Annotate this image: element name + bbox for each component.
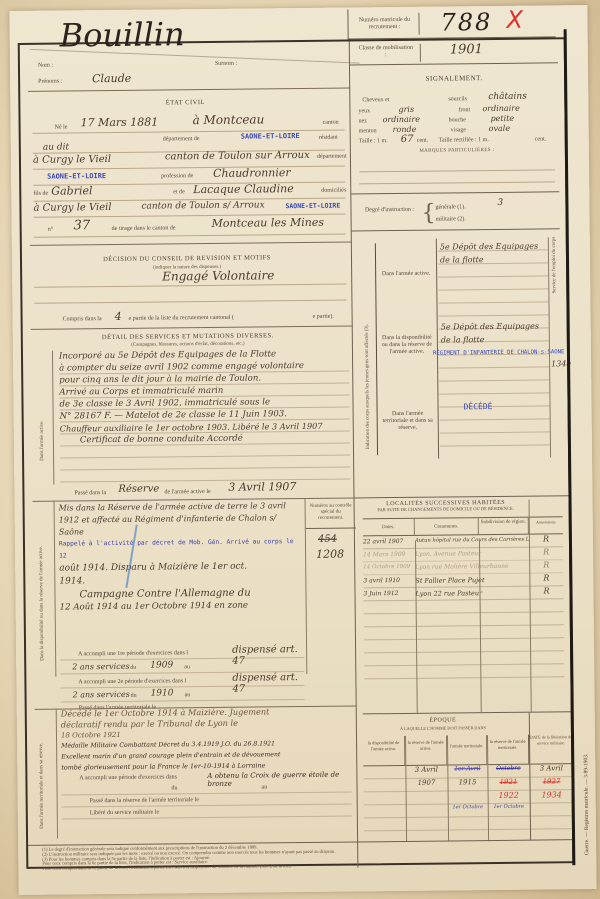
residing-department-label: département [317,154,347,160]
register-frame: Bouillin Nom : Surnom : Prénoms : Claude… [18,37,575,869]
epoque-cell: 1922 [488,791,530,803]
epoque-body: 3 Avril 1er Avril Octobre 3 Avril 1907 1… [363,764,574,831]
exercise1-to: au [184,664,190,670]
born-date: 17 Mars 1881 [80,115,158,129]
military-register-sheet: Numéro matricule du recrutement : 788 X … [9,5,596,895]
epoque-header: DATE de la libération du service militai… [529,734,573,763]
passed-suffix: de l'armée active le [164,489,210,495]
chin-value: ronde [393,125,417,134]
height-label: Taille : 1 m. [359,138,388,144]
matricule-special-header: Numéros au contrôle spécial du recruteme… [308,503,354,521]
corps-dispo-value: 5e Dépôt des Equipages de la flotte [441,319,549,346]
residing: au dit [43,142,69,152]
epoque-cell: 1er Octobre [488,804,530,816]
header-region: Subdivision de région. [479,518,529,535]
header-dates: Dates. [363,519,415,536]
instruction-general-value: 3 [497,198,503,208]
signalement-title: SIGNALEMENT. [350,73,558,83]
height-unit: cent. [417,138,429,144]
divider [33,166,345,170]
instruction-military-label: militaire (2). [436,216,466,222]
profession: Chaudronnier [213,166,291,180]
residing-canton: canton de Toulon sur Arroux [165,150,310,163]
epoque-cell: 3 Avril [405,766,447,778]
chin-label: menton [359,128,377,134]
hair-label: Cheveux et [362,97,389,103]
active-side: Dans l'armée active. [31,351,54,485]
matricule-red-mark: X [506,6,523,34]
corps-active-value: 5e Dépôt des Equipages de la flotte [440,239,548,266]
domicile-department-stamp: SAONE-ET-LOIRE [285,202,340,211]
height-value: 67 [401,134,414,145]
territorial-side-label: Dans l'armée territoriale et dans sa rés… [39,719,46,829]
exercise2-to: au [185,692,191,698]
reserve-side: Dans la disponibilité ou dans la réserve… [33,501,57,677]
mouth-label: bouche [449,117,466,123]
brace: { [421,201,435,226]
born-place: à Montceau [192,112,264,127]
department-stamp: SAONE-ET-LOIRE [241,132,300,141]
localite-date: 14 Mars 1909 [363,549,415,562]
list-number-label: n° [48,227,53,233]
exercise2-year: 1910 [150,688,173,698]
forehead-label: front [458,107,470,113]
signalement-section: Cheveux et sourcils châtains yeux gris f… [358,91,555,154]
reserve-stamp-line: Rappelé à l'activité par décret de Mob. … [59,536,299,563]
epoque-cell: 1915 [447,778,487,790]
matricule-label: Numéro matricule du recrutement : [354,17,414,32]
compris-value: 4 [115,310,122,323]
liberated-label: Libéré du service militaire le [90,810,159,817]
localite-commune: Lyon rue Molière Villeurbanne [415,561,529,574]
left-column: Nom : Surnom : Prénoms : Claude ÉTAT CIV… [20,41,359,870]
epoque-cell: 1927 [529,777,573,789]
matricule-special-old: 454 [318,534,337,545]
reserve-text: Mis dans la Réserve de l'armée active de… [59,500,300,615]
localite-row: 14 Octobre 1909 Lyon rue Molière Villeur… [363,560,563,575]
tirage-label: de tirage dans le canton de [112,225,176,232]
instruction-label: Degré d'instruction : [361,207,417,215]
localite-mark: R [529,534,563,546]
domicile-place: à Curgy le Vieil [33,202,111,214]
localite-commune: Lyon 22 rue Pasteur [415,587,529,600]
matricule-box: Numéro matricule du recrutement : 788 X [347,7,555,39]
matricule-number: 788 [440,8,492,37]
epoque-cell: 1907 [405,779,447,791]
divider [31,325,353,329]
localites-rows: 22 avril 1907 Autun hôpital rue du Cours… [363,534,564,679]
epoque-cell: 1934 [530,790,574,802]
localite-mark: R [529,586,563,598]
eyes-label: yeux [358,108,370,114]
header-annotations: Annotations [529,517,563,533]
exercise1-year: 1909 [150,660,173,670]
corps-side-label: Indication des corps auxquels les jeunes… [365,324,371,449]
localites-section: LOCALITÉS SUCCESSIVES HABITÉES PAR SUITE… [363,499,565,679]
passed-label: Passé dans la [74,490,106,496]
father-label: fils de [33,191,48,197]
corps-active-label: Dans l'armée active. [380,271,432,279]
territorial-reserve-label: Passé dans la réserve de l'armée territo… [90,797,199,804]
localite-date: 3 Juin 1912 [363,588,415,601]
nose-label: nez [359,118,367,124]
domicile-canton: canton de Toulon s/ Arroux [141,200,264,211]
localite-mark: R [529,560,563,572]
localite-mark: R [529,547,563,559]
divider [418,13,419,35]
epoque-cell: 3 Avril [529,764,573,776]
localites-header-row: Dates. Communes. Subdivision de région. … [363,516,563,536]
epoque-subtitle: À LAQUELLE L'HOMME DOIT PASSER DANS [363,725,523,732]
face-label: visage [451,127,466,133]
epoque-title: ÉPOQUE [363,717,523,725]
epoque-header: la disponibilité de l'armée active. [363,736,405,765]
territorial-side: Dans l'armée territoriale et dans sa rés… [35,709,58,839]
divider [354,495,570,498]
exercise1-label: A accompli une 1re période d'exercices d… [78,650,188,657]
compris-end: e partie). [313,314,334,320]
matricule-special-new: 1208 [316,548,344,561]
mother: Lacaque Claudine [193,182,294,196]
divider [306,527,356,529]
decision-title: DÉCISION DU CONSEIL DE REVISION ET MOTIF… [22,253,352,263]
exercise2-label: A accompli une 2e période d'exercices da… [78,678,186,685]
corps-territorial-label: Dans l'armée territoriale et dans sa rés… [382,411,434,433]
list-number: 37 [74,218,91,233]
reserve-line: 12 Août 1914 au 1er Octobre 1914 en zone [60,599,300,615]
localite-commune: Lyon, Avenue Pasteur [415,548,529,561]
divider [28,87,350,91]
canton-label: canton [323,120,339,126]
forehead-value: ordinaire [482,104,519,113]
reserve-side-label: Dans la disponibilité ou dans la réserve… [39,511,47,661]
class-year: 1901 [450,42,483,57]
eyes-value: gris [398,105,414,114]
residing-department-stamp: SAONE-ET-LOIRE [47,172,106,181]
divider [420,44,421,62]
matricule-special-column: Numéros au contrôle spécial du recruteme… [305,497,357,674]
epoque-header: la réserve de l'armée territoriale. [487,735,529,764]
epoque-cell: 1er Avril [447,765,487,777]
height-rect-label: Taille rectifiée : 1 m. [439,137,489,144]
deceased-stamp: DÉCÉDÉ [464,402,493,411]
corps-dispo-label: Dans la disponibilité ou dans la réserve… [381,335,433,357]
passed-date: 3 Avril 1907 [228,480,296,494]
divider [359,169,555,172]
localite-date: 3 avril 1910 [363,575,415,588]
height-rect-unit: cent. [535,136,547,142]
compris-suffix: e partie de la liste du recrutement cant… [129,315,234,322]
exercise1-from: du [130,665,136,671]
department-label: département de [163,136,200,142]
class-box: Classe de mobilisation : 1901 [350,39,558,65]
first-name-label: Prénoms : [38,79,62,85]
exercise-section: A accompli une 1re période d'exercices d… [60,644,305,715]
exercise2-line2: 2 ans services [73,690,130,700]
epoque-cell: 1921 [487,778,529,790]
localite-commune: St Fallier Place Pujet [415,574,529,587]
corps-section: Indication des corps auxquels les jeunes… [352,229,562,467]
divider [34,284,346,288]
active-side-label: Dans l'armée active. [40,420,45,461]
epoque-cell: Octobre [487,765,529,777]
domicile-label: domiciliés [321,188,346,194]
hair-value: châtains [488,92,527,102]
printer-mark: Guerre. — Registres matricule. — 3-89-19… [583,754,590,855]
localite-date: 14 Octobre 1909 [363,562,415,575]
reserve-line: 1912 et affecté au Régiment d'infanterie… [59,512,299,539]
face-value: ovale [489,124,510,133]
residing-place: à Curgy le Vieil [33,154,111,166]
divider [359,181,555,184]
divider [34,300,346,304]
localite-commune: Autun hôpital rue du Cours des Carrières… [415,535,529,548]
mouth-value: petite [490,114,514,123]
compris-label: Compris dans la [63,316,102,322]
divider [34,234,346,238]
epoque-cell: 1er Octobre [448,804,488,816]
etat-civil-title: ÉTAT CIVIL [20,97,350,107]
territorial-exercise-to: au [262,784,268,790]
corps-side: Indication des corps auxquels les jeunes… [358,243,378,455]
exercise1-line2: 2 ans services [72,662,129,672]
residing-label: résidant [319,135,338,141]
father: Gabriel [51,184,92,197]
passed-value: Réserve [118,484,159,495]
instruction-general-label: générale (1). [435,204,465,210]
etat-civil-section: Né le 17 Mars 1881 à Montceau canton dép… [32,110,344,113]
surname-label: Nom : [38,63,53,69]
territorial-exercise-from: du [172,785,178,791]
territorial-text: Décédé le 1er Octobre 1914 à Maizière. J… [61,706,352,820]
profession-label: profession de [161,173,193,179]
footer-notes: (1) Le degré d'instruction générale sera… [28,839,574,869]
localite-date: 22 avril 1907 [363,536,415,549]
nose-value: ordinaire [382,115,419,124]
class-label: Classe de mobilisation : [358,45,414,60]
epoque-header: la réserve de l'armée active. [405,736,447,765]
first-name: Claude [92,72,131,85]
mother-label: et de [173,189,185,195]
born-label: Né le [55,124,68,130]
epoque-table: ÉPOQUE À LAQUELLE L'HOMME DOIT PASSER DA… [363,711,574,841]
divider [30,241,352,245]
epoque-header-row: la disponibilité de l'armée active. la r… [363,734,573,766]
territorial-exercise-label: A accompli une période d'exercices dans [79,774,177,781]
eyebrows-label: sourcils [448,96,467,102]
header-communes: Communes. [415,518,479,535]
decision-value: Engagé Volontaire [162,268,274,283]
ruled-lines [59,360,350,483]
localite-mark: R [529,573,563,585]
instruction-box: Degré d'instruction : { générale (1). 3 … [351,191,559,231]
exercise2-from: du [131,693,137,699]
epoque-header: l'armée territoriale. [447,735,487,764]
corps-side-right: Service de l'emploi du corps [552,237,558,294]
nickname-label: Surnom : [215,61,237,67]
marks-label: MARQUES PARTICULIÈRES : [359,147,555,154]
tirage-canton: Montceau les Mines [212,216,325,230]
